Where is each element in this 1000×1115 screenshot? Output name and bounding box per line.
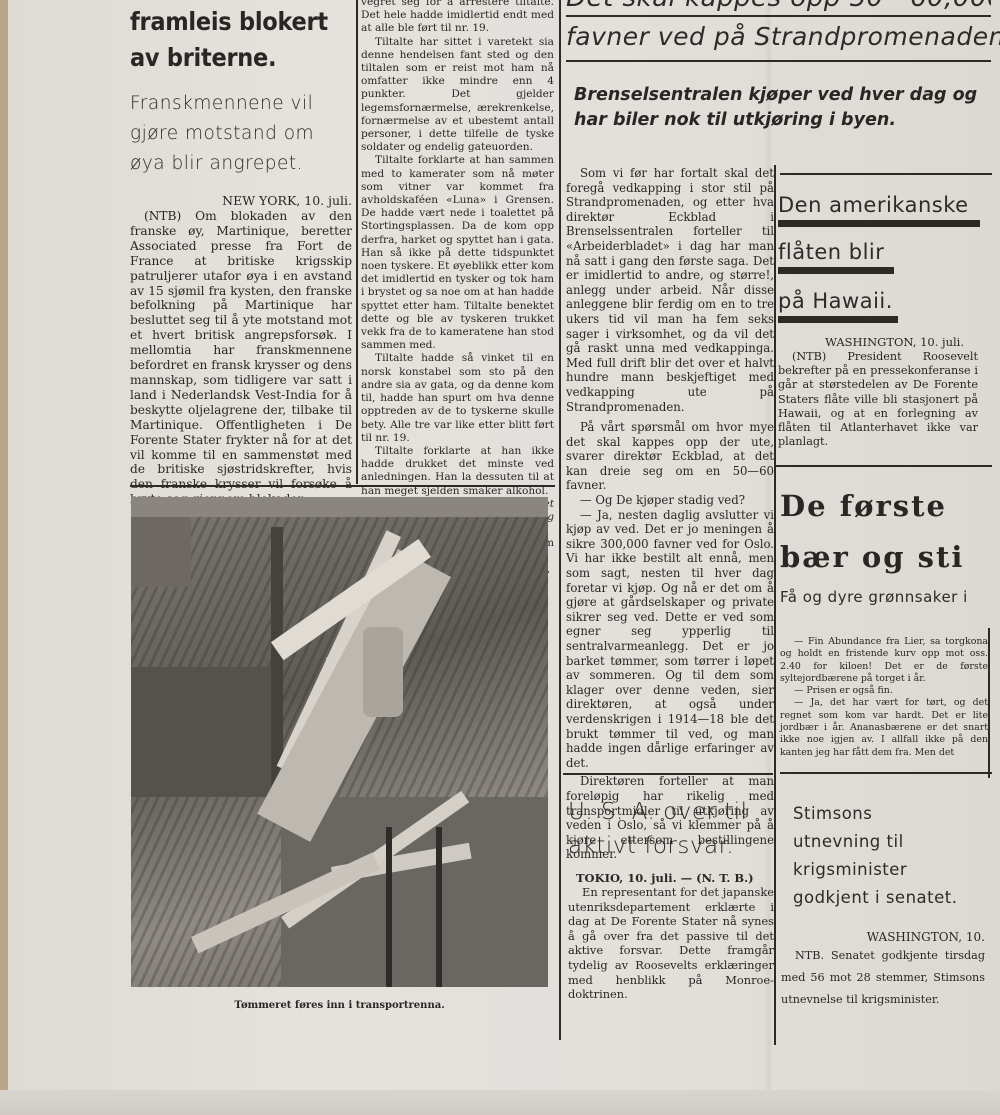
- firewood-kicker: Det skal kappes opp 50—60,000: [566, 0, 991, 11]
- stimson-body: NTB. Senatet godkjente tirsdag med 56 mo…: [781, 945, 985, 1011]
- martinique-dateline: NEW YORK, 10. juli.: [130, 193, 352, 208]
- hawaii-dateline: WASHINGTON, 10. juli.: [778, 335, 992, 349]
- hawaii-headline-line-2: flåten blir: [778, 237, 894, 274]
- article-usa: U. S. A. over til aktivt forsvar. TOKIO,…: [568, 795, 774, 1002]
- usa-body: En representant for det japanske utenrik…: [568, 885, 774, 1002]
- page-edge: [0, 0, 8, 1115]
- page-bottom: [0, 1090, 1000, 1115]
- firewood-headline: favner ved på Strandpromenaden.: [566, 17, 991, 57]
- article-berries: De første bær og sti Få og dyre grønnsak…: [780, 480, 1000, 608]
- hawaii-headline-line-1: Den amerikanske: [778, 190, 980, 227]
- firewood-subheadline: Brenselsentralen kjøper ved hver dag og …: [574, 83, 989, 133]
- stimson-headline: Stimsons utnevning til krigsminister god…: [793, 800, 963, 912]
- column-rule: [563, 773, 773, 775]
- article-firewood: Det skal kappes opp 50—60,000 favner ved…: [566, 0, 991, 133]
- martinique-headline: framleis blokert av briterne.: [130, 4, 330, 76]
- column-divider: [559, 0, 561, 1040]
- hawaii-body: (NTB) President Roosevelt bekrefter på e…: [778, 350, 978, 449]
- berries-body: — Fin Abundance fra Lier, sa torgkona og…: [780, 636, 988, 759]
- berries-headline-line-2: bær og sti: [780, 532, 1000, 582]
- article-stimson: Stimsons utnevning til krigsminister god…: [793, 800, 989, 1011]
- usa-headline: U. S. A. over til aktivt forsvar.: [568, 795, 774, 863]
- hawaii-headline-line-3: på Hawaii.: [778, 286, 898, 323]
- martinique-subheadline: Franskmennene vil gjøre motstand om øya …: [130, 89, 352, 179]
- berries-subheadline: Få og dyre grønnsaker i: [780, 586, 1000, 608]
- photo-caption: Tømmeret føres inn i transportrenna.: [131, 1000, 548, 1011]
- article-court: vegret seg for å arrestere tiltalte. Det…: [361, 0, 554, 577]
- column-divider: [774, 165, 776, 1045]
- stimson-dateline: WASHINGTON, 10.: [793, 930, 989, 944]
- usa-dateline: TOKIO, 10. juli. — (N. T. B.): [576, 871, 774, 885]
- berries-headline-line-1: De første: [780, 480, 1000, 532]
- firewood-body: Som vi før har fortalt skal det foregå v…: [566, 166, 774, 862]
- martinique-body: (NTB) Om blokaden av den franske øy, Mar…: [130, 209, 352, 507]
- article-hawaii: Den amerikanske flåten blir på Hawaii. W…: [778, 190, 992, 449]
- column-divider: [356, 0, 358, 484]
- article-martinique: framleis blokert av briterne. Franskmenn…: [130, 0, 352, 507]
- timber-chute-photo: [131, 497, 548, 987]
